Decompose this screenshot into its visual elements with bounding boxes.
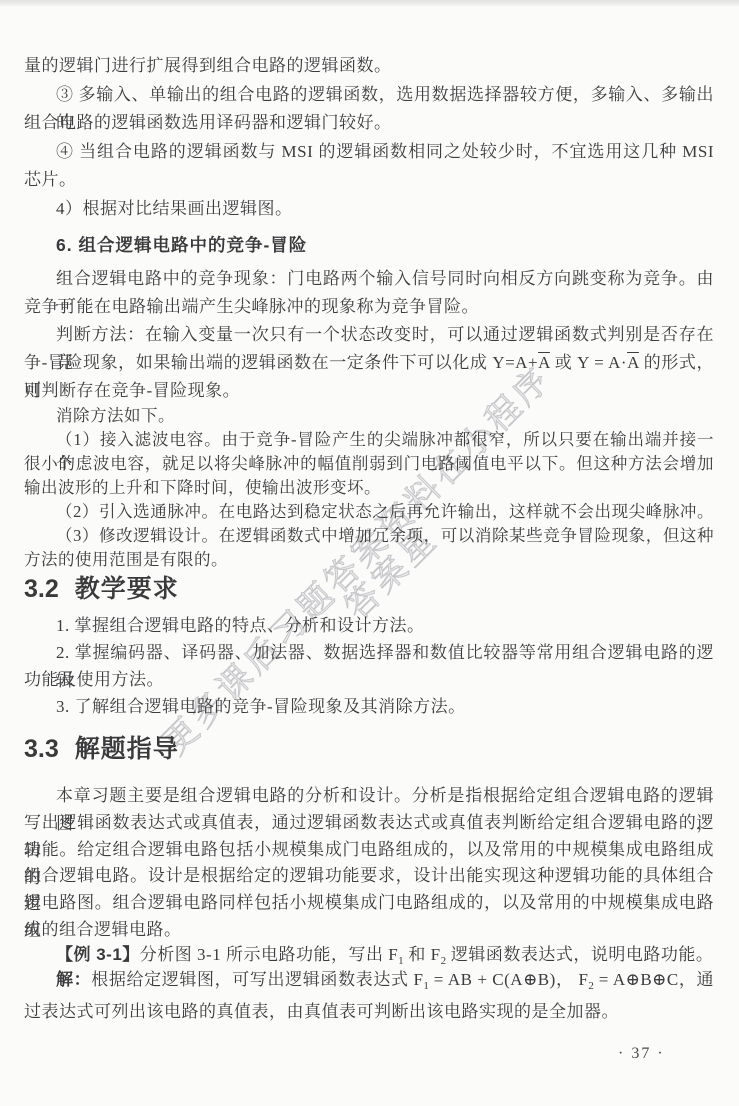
- formula-text: 争-冒险现象，如果输出端的逻辑函数在一定条件下可以化成 Y=A+: [24, 353, 538, 372]
- text-line-formula: 争-冒险现象，如果输出端的逻辑函数在一定条件下可以化成 Y=A+A 或 Y = …: [24, 349, 714, 377]
- section-number: 3.2: [24, 575, 59, 603]
- text-line: （2）引入选通脉冲。在电路达到稳定状态之后再允许输出，这样就不会出现尖峰脉冲。: [56, 500, 714, 524]
- text-line: 竞争可能在电路输出端产生尖峰脉冲的现象称为竞争冒险。: [24, 293, 479, 321]
- text-line: 消除方法如下。: [56, 404, 175, 428]
- example-statement-line: 【例 3-1】分析图 3-1 所示电路功能，写出 F1 和 F2 逻辑函数表达式…: [56, 941, 713, 969]
- formula-text: 或 Y = A·: [550, 353, 627, 372]
- text-line: 4）根据对比结果画出逻辑图。: [56, 195, 293, 223]
- text-line: 组合逻辑电路中的竞争现象：门电路两个输入信号同时向相反方向跳变称为竞争。由于: [56, 265, 714, 293]
- text-line: ③ 多输入、单输出的组合电路的逻辑函数，选用数据选择器较方便，多输入、多输出的: [56, 81, 714, 109]
- example-label: 【例 3-1】: [56, 945, 140, 964]
- section-title: 解题指导: [75, 735, 179, 763]
- solution-text: = AB + C(A⊕B)， F: [429, 970, 588, 989]
- example-text: 和 F: [404, 945, 441, 964]
- text-line: 很小的虑波电容，就足以将尖峰脉冲的幅值削弱到门电路阈值电平以下。但这种方法会增加: [24, 452, 714, 476]
- text-line: 写出逻辑函数表达式或真值表，通过逻辑函数表达式或真值表判断给定组合逻辑电路的逻辑: [24, 809, 714, 837]
- overline-A: A: [627, 353, 639, 372]
- example-text: 分析图 3-1 所示电路功能，写出 F: [140, 945, 398, 964]
- section-title: 教学要求: [75, 575, 179, 603]
- solution-label: 解：: [56, 970, 91, 989]
- text-line: 芯片。: [24, 166, 77, 194]
- overline-A: A: [538, 353, 550, 372]
- text-line: 组合电路的逻辑函数选用译码器和逻辑门较好。: [24, 109, 392, 137]
- text-line: 输出波形的上升和下降时间，使输出波形变坏。: [24, 476, 381, 500]
- text-line: 本章习题主要是组合逻辑电路的分析和设计。分析是指根据给定组合逻辑电路的逻辑图，: [56, 782, 714, 810]
- text-line: 判断方法：在输入变量一次只有一个状态改变时，可以通过逻辑函数式判别是否存在竞: [56, 321, 714, 349]
- text-line: 组合逻辑电路。设计是根据给定的逻辑功能要求，设计出能实现这种逻辑功能的具体组合逻: [24, 862, 714, 890]
- section-heading-3-2: 3.2教学要求: [24, 572, 179, 606]
- text-line: 可判断存在竞争-冒险现象。: [24, 377, 240, 405]
- text-line: 1. 掌握组合逻辑电路的特点、分析和设计方法。: [56, 612, 425, 640]
- solution-text: = A⊕B⊕C，通: [594, 970, 714, 989]
- page-number: · 37 ·: [618, 1045, 665, 1063]
- solution-line: 解：根据给定逻辑图，可写出逻辑函数表达式 F1 = AB + C(A⊕B)， F…: [56, 966, 714, 994]
- text-line: 方法的使用范围是有限的。: [24, 548, 228, 572]
- example-text: 逻辑函数表达式，说明电路功能。: [446, 945, 713, 964]
- text-line: 成的组合逻辑电路。: [24, 916, 182, 944]
- text-line: 2. 掌握编码器、译码器、加法器、数据选择器和数值比较器等常用组合逻辑电路的逻辑: [56, 639, 714, 667]
- text-line: 3. 了解组合逻辑电路的竞争-冒险现象及其消除方法。: [56, 693, 466, 721]
- text-line: ④ 当组合电路的逻辑函数与 MSI 的逻辑函数相同之处较少时，不宜选用这几种 M…: [56, 138, 714, 166]
- text-line: （3）修改逻辑设计。在逻辑函数式中增加冗余项，可以消除某些竞争冒险现象，但这种: [56, 524, 714, 548]
- text-line: 量的逻辑门进行扩展得到组合电路的逻辑函数。: [24, 52, 392, 80]
- scan-edge-shadow: [0, 0, 739, 6]
- subsection-heading-hazard: 6. 组合逻辑电路中的竞争-冒险: [56, 230, 307, 260]
- text-line: 辑电路图。组合逻辑电路同样包括小规模集成门电路组成的，以及常用的中规模集成电路组: [24, 889, 714, 917]
- solution-text: 根据给定逻辑图，可写出逻辑函数表达式 F: [91, 970, 423, 989]
- text-line: （1）接入滤波电容。由于竞争-冒险产生的尖端脉冲都很窄，所以只要在输出端并接一个: [56, 428, 714, 452]
- text-line: 功能。给定组合逻辑电路包括小规模集成门电路组成的，以及常用的中规模集成电路组成的: [24, 836, 714, 864]
- section-heading-3-3: 3.3解题指导: [24, 732, 179, 766]
- text-line: 功能及使用方法。: [24, 666, 164, 694]
- solution-line: 过表达式可列出该电路的真值表，由真值表可判断出该电路实现的是全加器。: [24, 998, 619, 1026]
- scanned-textbook-page: 更多课后习题答案资料在小程序 答案星 量的逻辑门进行扩展得到组合电路的逻辑函数。…: [0, 0, 739, 1106]
- section-number: 3.3: [24, 735, 59, 763]
